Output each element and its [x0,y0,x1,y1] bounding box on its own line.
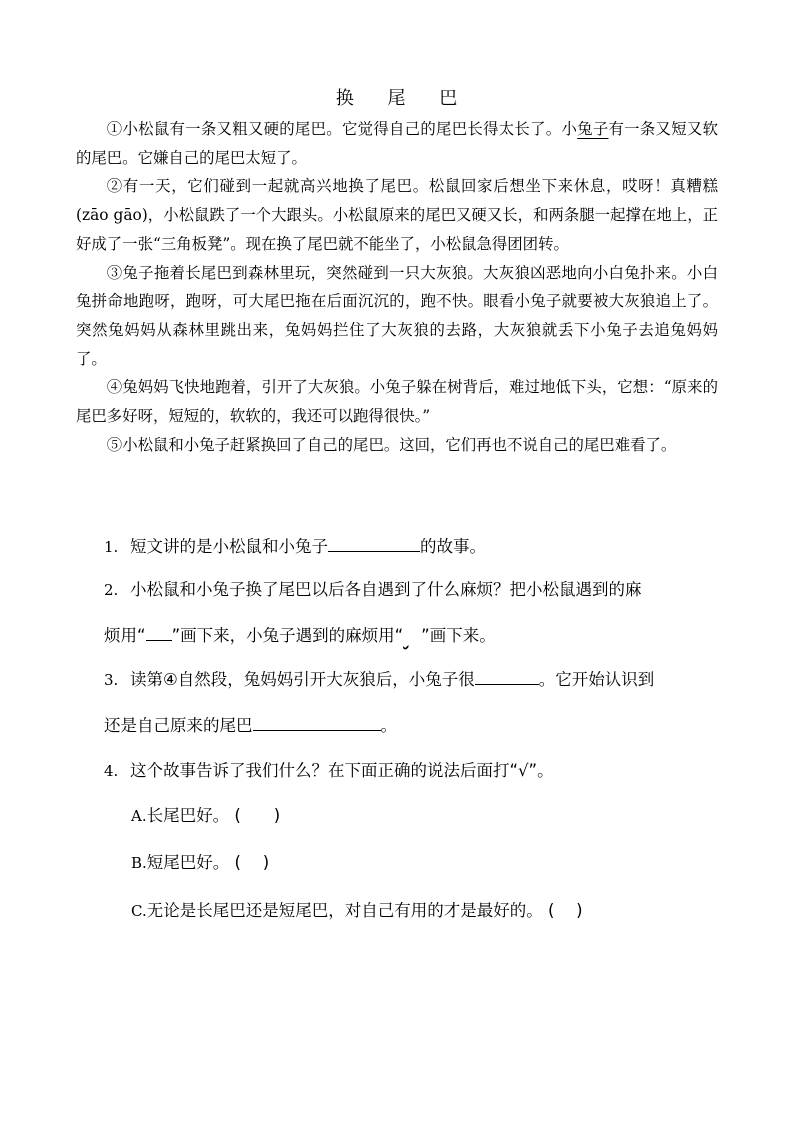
option-c: C.无论是长尾巴还是短尾巴，对自己有用的才是最好的。 ( ) [131,897,583,921]
question-3-line-1: 3.读第④自然段，兔妈妈引开大灰狼后，小兔子很。它开始认识到 [104,666,654,690]
question-2-line-1: 2.小松鼠和小兔子换了尾巴以后各自遇到了什么麻烦？把小松鼠遇到的麻 [104,576,642,600]
worksheet-page: 换 尾 巴 ①小松鼠有一条又粗又硬的尾巴。它觉得自己的尾巴长得太长了。小兔子有一… [0,0,793,1122]
paragraph-3: ③兔子拖着长尾巴到森林里玩，突然碰到一只大灰狼。大灰狼凶恶地向小白兔扑来。小白兔… [76,259,718,374]
option-text: 无论是长尾巴还是短尾巴，对自己有用的才是最好的。 [147,901,543,920]
question-1: 1.短文讲的是小松鼠和小兔子的故事。 [104,533,486,557]
option-letter: A. [131,807,147,825]
option-letter: C. [131,902,147,920]
question-text: 烦用“ [104,626,146,645]
question-text-end: 。 [381,716,398,735]
answer-paren[interactable]: ( ) [548,897,583,921]
answer-blank[interactable] [328,535,420,552]
story-text: ①小松鼠有一条又粗又硬的尾巴。它觉得自己的尾巴长得太长了。小兔子有一条又短又软的… [76,115,718,459]
underlined-word: 兔子 [577,120,608,138]
question-text: 还是自己原来的尾巴 [104,716,253,735]
question-text: 读第④自然段，兔妈妈引开大灰狼后，小兔子很 [130,670,475,689]
story-title: 换 尾 巴 [0,84,793,110]
paragraph-5: ⑤小松鼠和小兔子赶紧换回了自己的尾巴。这回，它们再也不说自己的尾巴难看了。 [76,431,718,460]
option-b: B.短尾巴好。 ( ) [131,849,269,873]
paragraph-1: ①小松鼠有一条又粗又硬的尾巴。它觉得自己的尾巴长得太长了。小兔子有一条又短又软的… [76,115,718,172]
paragraph-4: ④兔妈妈飞快地跑着，引开了大灰狼。小兔子躲在树背后，难过地低下头，它想：“原来的… [76,373,718,430]
question-number: 2. [104,581,130,599]
paragraph-1-text: ①小松鼠有一条又粗又硬的尾巴。它觉得自己的尾巴长得太长了。小 [107,120,577,138]
question-2-line-2: 烦用“”画下来，小兔子遇到的麻烦用“ ”画下来。 [104,622,496,646]
question-number: 1. [104,538,130,556]
question-text: 小松鼠和小兔子换了尾巴以后各自遇到了什么麻烦？把小松鼠遇到的麻 [130,580,642,599]
paragraph-2: ②有一天，它们碰到一起就高兴地换了尾巴。松鼠回家后想坐下来休息，哎呀！真糟糕(z… [76,172,718,258]
question-3-line-2: 还是自己原来的尾巴。 [104,712,397,736]
question-text: ”画下来。 [421,626,496,645]
answer-blank[interactable] [475,668,539,685]
straight-line-symbol [146,624,172,641]
option-text: 短尾巴好。 [147,853,230,872]
wavy-line-symbol [403,626,421,645]
option-a: A.长尾巴好。 ( ) [131,802,280,826]
question-text: 短文讲的是小松鼠和小兔子 [130,537,328,556]
question-text-end: 的故事。 [420,537,486,556]
question-4: 4.这个故事告诉了我们什么？在下面正确的说法后面打“√”。 [104,757,554,781]
question-text: 这个故事告诉了我们什么？在下面正确的说法后面打“√”。 [130,761,554,780]
answer-blank[interactable] [253,714,381,731]
question-text: ”画下来，小兔子遇到的麻烦用“ [172,626,404,645]
option-letter: B. [131,854,147,872]
answer-paren[interactable]: ( ) [234,802,280,826]
question-text-end: 。它开始认识到 [539,670,655,689]
option-text: 长尾巴好。 [147,806,230,825]
answer-paren[interactable]: ( ) [235,849,270,873]
question-number: 3. [104,671,130,689]
question-number: 4. [104,762,130,780]
